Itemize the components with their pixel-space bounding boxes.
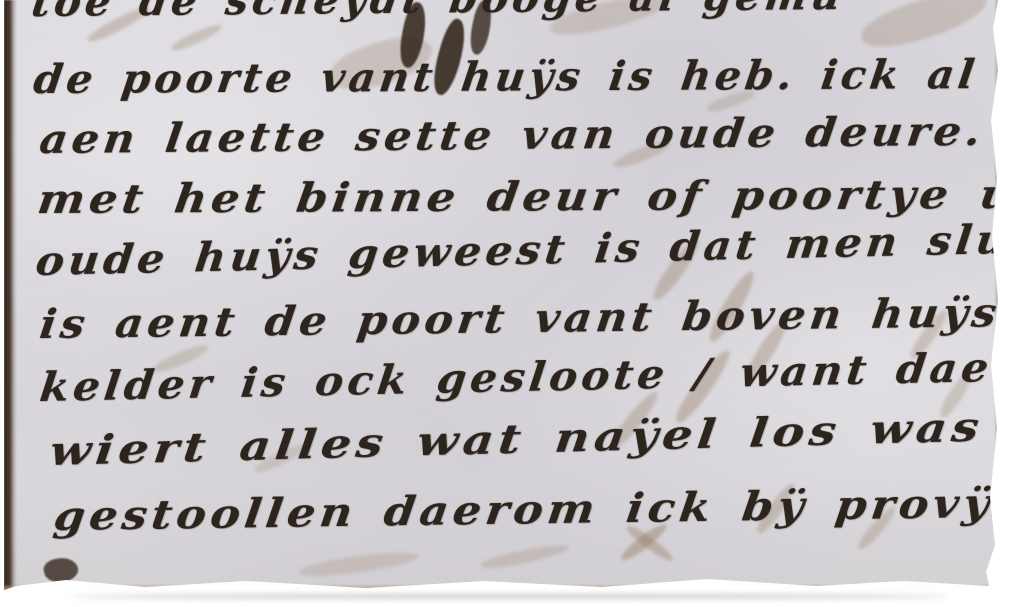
handwritten-line-5: oude huÿs geweest is dat men sluÿte kan xyxy=(34,215,998,282)
handwritten-line-3: aen laette sette van oude deure. die xyxy=(37,111,998,160)
paper-left-edge xyxy=(4,0,17,590)
paper-drop-shadow xyxy=(70,594,950,599)
manuscript-photo: toe de scheÿdt booge al gemu de poorte v… xyxy=(0,0,1024,607)
handwritten-line-2: de poorte vant huÿs is heb. ick al deure xyxy=(31,54,998,100)
ink-bleed-mark xyxy=(298,548,419,581)
ink-blot xyxy=(42,555,80,586)
ink-bleed-mark xyxy=(480,541,571,572)
handwritten-line-4: met het binne deur of poortye uent xyxy=(35,174,998,220)
handwritten-line-9: gestoollen daerom ick bÿ provÿsie xyxy=(51,483,998,537)
handwritten-line-8: wiert alles wat naÿel los was af xyxy=(48,405,998,472)
paper-bottom-deckle-edge xyxy=(4,584,998,590)
handwritten-line-1: toe de scheÿdt booge al gemu xyxy=(29,0,847,23)
ink-bleed-mark xyxy=(169,21,223,54)
paper-sheet: toe de scheÿdt booge al gemu de poorte v… xyxy=(4,0,998,590)
ink-bleed-mark xyxy=(856,0,991,57)
handwritten-line-6: is aent de poort vant boven huÿs / de xyxy=(37,292,998,345)
